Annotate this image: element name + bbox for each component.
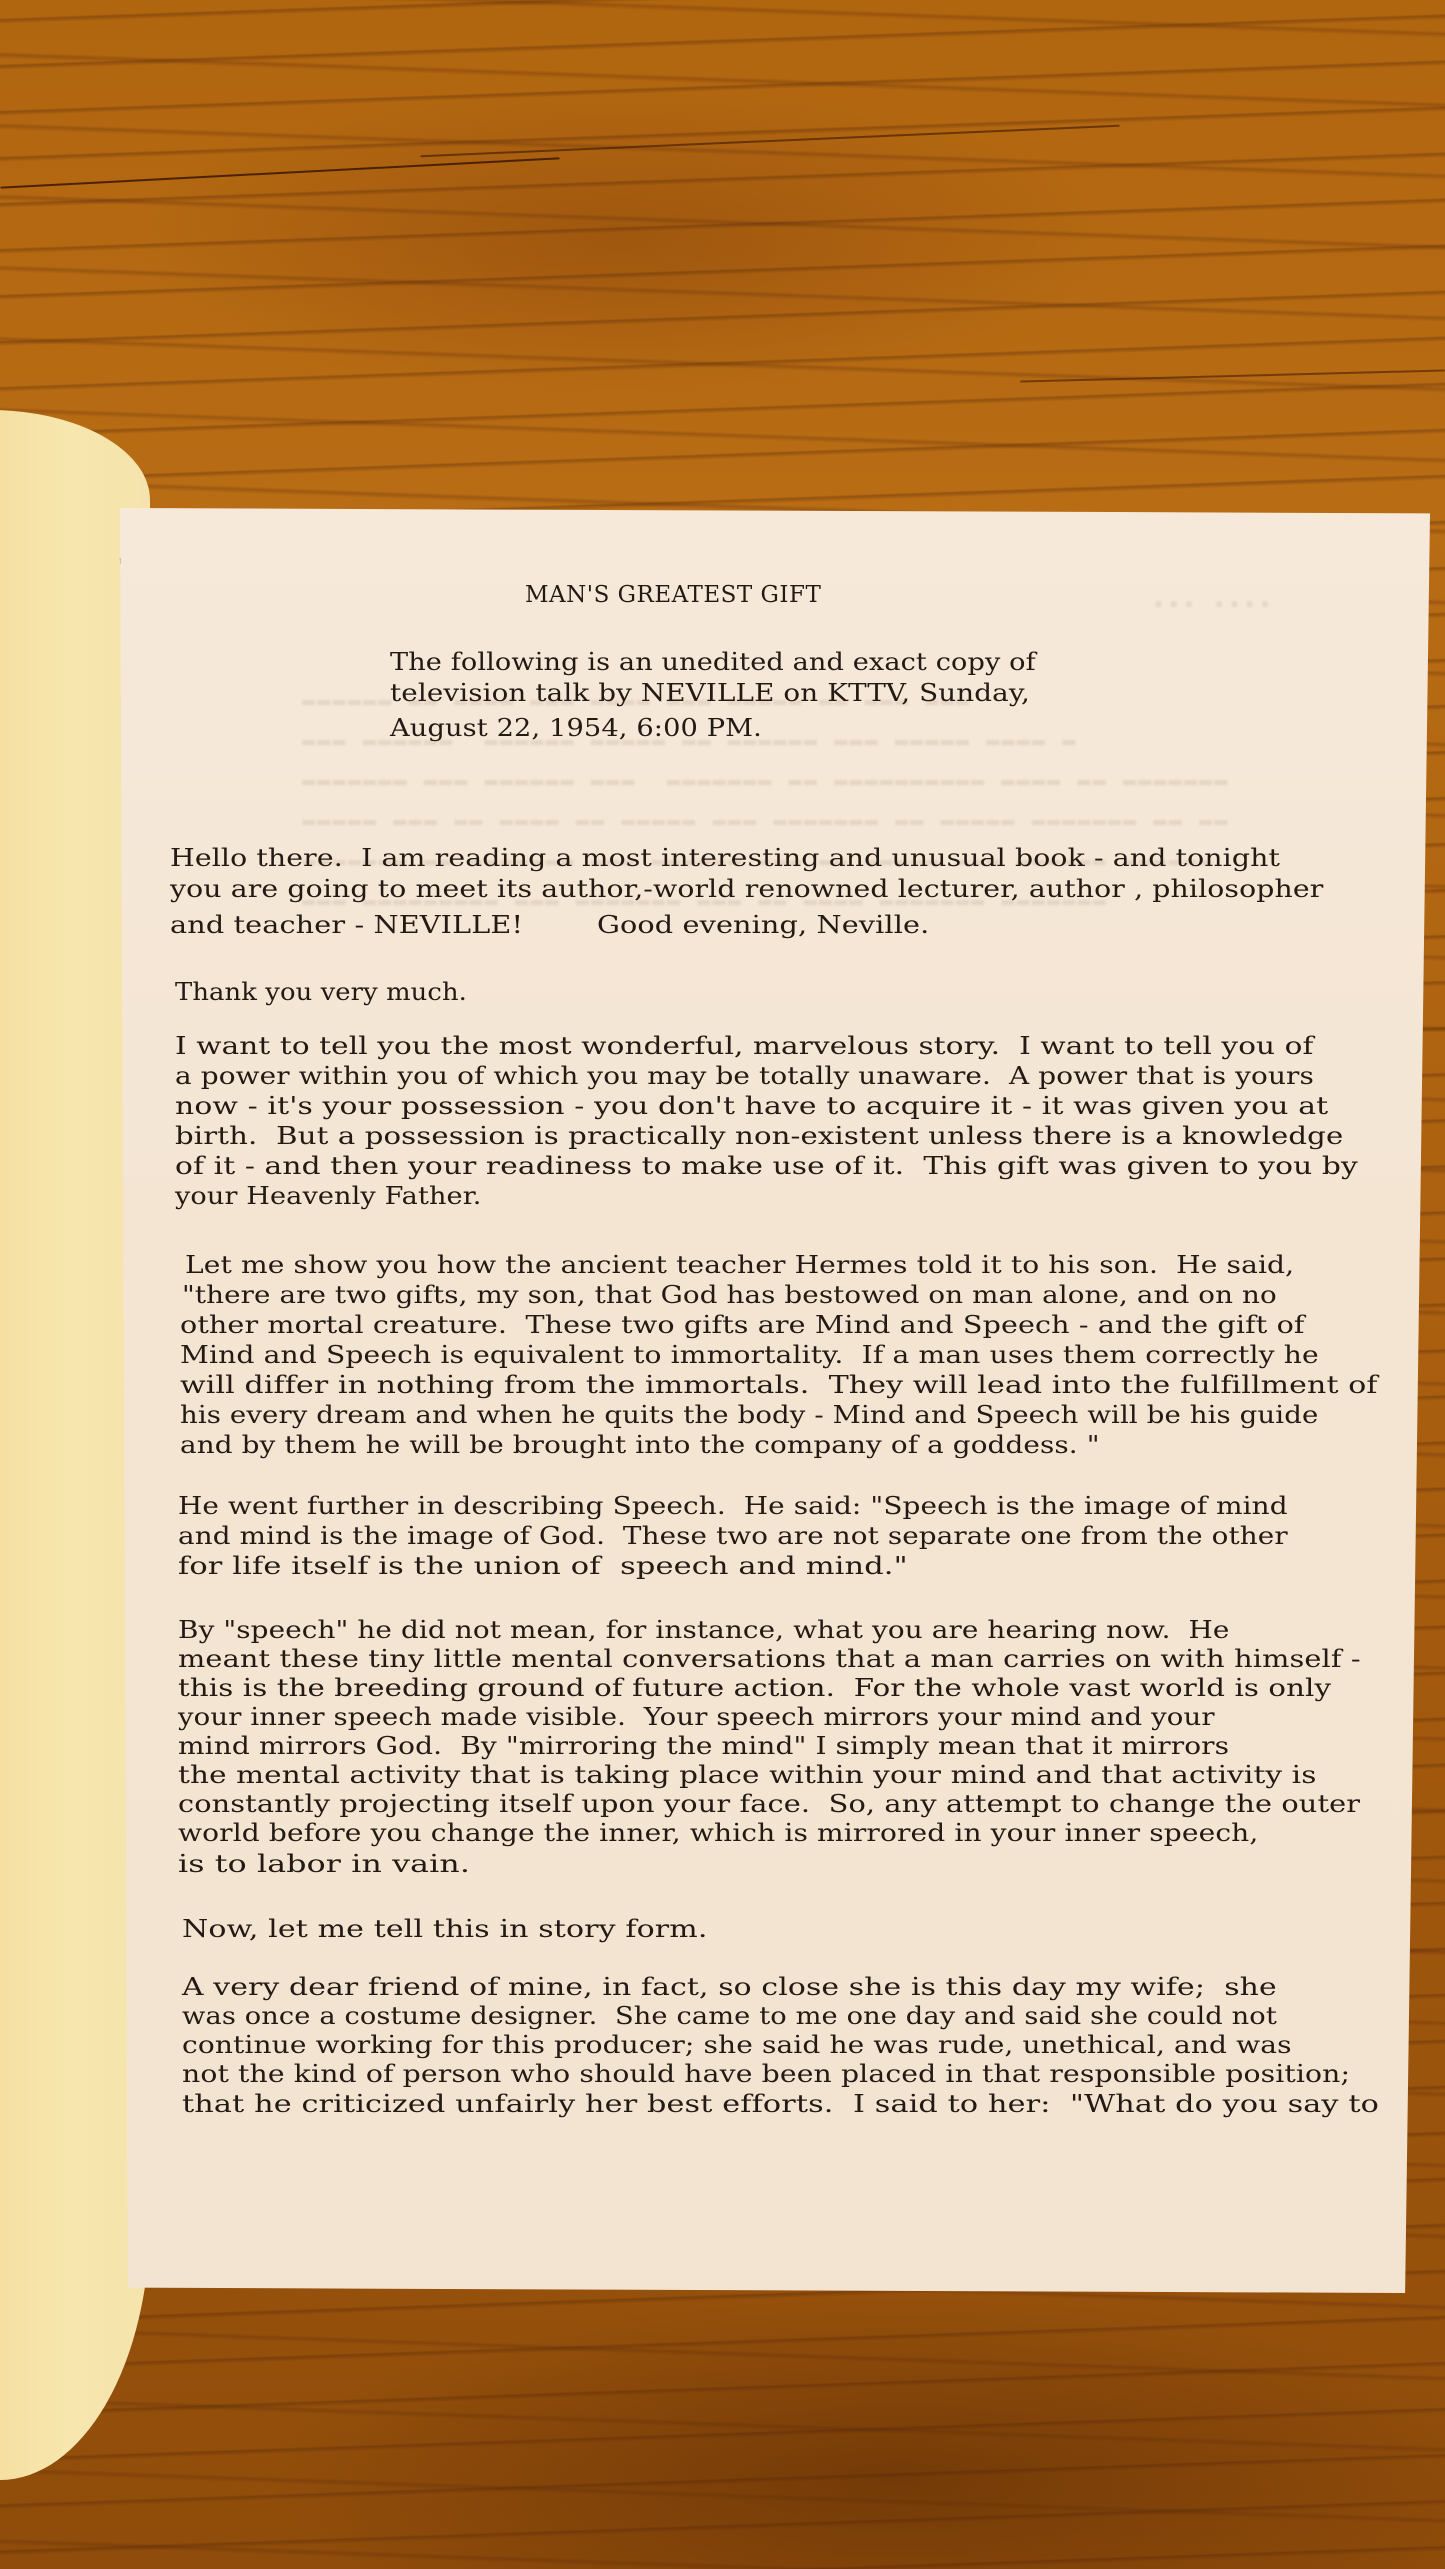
paragraph-line: He went further in describing Speech. He… — [178, 1494, 1288, 1519]
paragraph-line: I want to tell you the most wonderful, m… — [175, 1034, 1314, 1059]
paragraph-line: Let me show you how the ancient teacher … — [185, 1253, 1294, 1278]
paragraph-line: of it - and then your readiness to make … — [175, 1154, 1358, 1179]
paragraph-line: "there are two gifts, my son, that God h… — [182, 1283, 1277, 1308]
paragraph-line: continue working for this producer; she … — [182, 2033, 1292, 2058]
paragraph-line: his every dream and when he quits the bo… — [180, 1403, 1318, 1428]
paragraph-line: Hello there. I am reading a most interes… — [170, 846, 1280, 871]
paragraph-line: now - it's your possession - you don't h… — [175, 1094, 1328, 1119]
paragraph-line: mind mirrors God. By "mirroring the mind… — [178, 1734, 1229, 1759]
paragraph-line: meant these tiny little mental conversat… — [178, 1647, 1361, 1672]
paragraph-line: and mind is the image of God. These two … — [178, 1524, 1288, 1549]
show-through-text: ▪▪▪▪ ▪▪▪ — [1150, 593, 1272, 618]
paragraph-line: the mental activity that is taking place… — [178, 1763, 1316, 1788]
paragraph-line: not the kind of person who should have b… — [182, 2062, 1350, 2087]
paragraph-line: and teacher - NEVILLE! Good evening, Nev… — [170, 913, 929, 938]
paragraph-line: was once a costume designer. She came to… — [182, 2004, 1277, 2029]
paragraph-line: your Heavenly Father. — [175, 1184, 482, 1209]
paragraph-line: A very dear friend of mine, in fact, so … — [182, 1975, 1277, 2000]
paragraph-line: world before you change the inner, which… — [178, 1821, 1258, 1846]
paragraph-line: for life itself is the union of speech a… — [178, 1554, 908, 1579]
paragraph-line: Mind and Speech is equivalent to immorta… — [180, 1343, 1319, 1368]
wood-grain-crack — [1020, 369, 1445, 382]
paragraph-line: is to labor in vain. — [178, 1852, 470, 1877]
paragraph-line: that he criticized unfairly her best eff… — [182, 2092, 1379, 2117]
paragraph-line: Now, let me tell this in story form. — [182, 1917, 708, 1942]
paragraph-line: and by them he will be brought into the … — [180, 1433, 1100, 1458]
show-through-text: ▬▬▬▬▬▬▬ ▬▬ ▬▬▬▬ ▬▬▬▬▬▬▬▬▬▬ ▬▬ ▬▬▬▬▬▬▬ ▬▬… — [300, 768, 1227, 793]
document-title: MAN'S GREATEST GIFT — [525, 582, 821, 608]
paragraph-line: your inner speech made visible. Your spe… — [178, 1705, 1215, 1730]
subtitle-line: August 22, 1954, 6:00 PM. — [390, 716, 762, 741]
wood-grain-crack — [420, 125, 1119, 158]
paragraph-line: will differ in nothing from the immortal… — [180, 1373, 1378, 1398]
paragraph-line: birth. But a possession is practically n… — [175, 1124, 1343, 1149]
show-through-text: ▬▬ ▬▬ ▬▬▬▬▬▬▬ ▬▬▬▬▬ ▬▬ ▬▬▬▬▬▬▬ ▬▬▬ ▬▬▬▬▬… — [300, 808, 1227, 833]
paragraph-line: Thank you very much. — [175, 980, 467, 1005]
subtitle-line: The following is an unedited and exact c… — [390, 650, 1036, 675]
wood-grain-crack — [0, 157, 559, 188]
paragraph-line: this is the breeding ground of future ac… — [178, 1676, 1331, 1701]
paragraph-line: you are going to meet its author,-world … — [170, 877, 1323, 902]
subtitle-line: television talk by NEVILLE on KTTV, Sund… — [390, 681, 1030, 706]
paragraph-line: By "speech" he did not mean, for instanc… — [178, 1618, 1230, 1643]
paragraph-line: a power within you of which you may be t… — [175, 1064, 1314, 1089]
paragraph-line: other mortal creature. These two gifts a… — [180, 1313, 1305, 1338]
paragraph-line: constantly projecting itself upon your f… — [178, 1792, 1360, 1817]
